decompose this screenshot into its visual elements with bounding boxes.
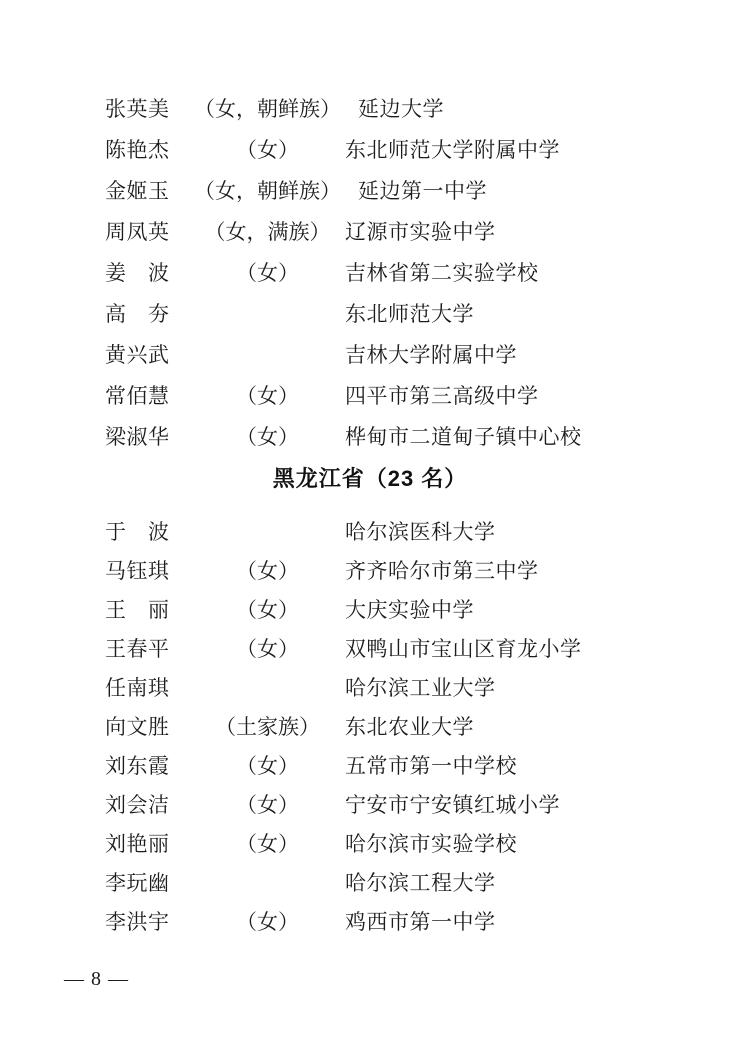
name-list: 张英美 （女，朝鲜族） 延边大学 陈艳杰 （女） 东北师范大学附属中学 金姬玉 … — [0, 89, 750, 942]
list-row: 刘艳丽 （女） 哈尔滨市实验学校 — [0, 825, 750, 864]
institution-name: 宁安市宁安镇红城小学 — [345, 786, 560, 825]
person-name: 马钰琪 — [105, 552, 173, 591]
person-name: 刘艳丽 — [105, 825, 173, 864]
institution-name: 五常市第一中学校 — [345, 747, 517, 786]
person-name: 高 夯 — [105, 294, 173, 335]
list-row: 王春平 （女） 双鸭山市宝山区育龙小学 — [0, 630, 750, 669]
institution-name: 桦甸市二道甸子镇中心校 — [345, 417, 582, 458]
institution-name: 鸡西市第一中学 — [345, 903, 496, 942]
person-name: 刘东霞 — [105, 747, 173, 786]
gender-ethnicity-note: （女，朝鲜族） — [175, 171, 360, 212]
section-heading: 黑龙江省（23 名） — [0, 458, 740, 499]
gender-ethnicity-note: （女） — [175, 786, 360, 825]
person-name: 王春平 — [105, 630, 173, 669]
list-row: 陈艳杰 （女） 东北师范大学附属中学 — [0, 130, 750, 171]
gender-ethnicity-note: （土家族） — [175, 708, 360, 747]
institution-name: 齐齐哈尔市第三中学 — [345, 552, 539, 591]
gender-ethnicity-note: （女） — [175, 591, 360, 630]
list-row: 黄兴武 吉林大学附属中学 — [0, 335, 750, 376]
person-name: 周凤英 — [105, 212, 173, 253]
person-name: 刘会洁 — [105, 786, 173, 825]
person-name: 黄兴武 — [105, 335, 173, 376]
list-row: 向文胜 （土家族） 东北农业大学 — [0, 708, 750, 747]
list-row: 李洪宇 （女） 鸡西市第一中学 — [0, 903, 750, 942]
list-row: 马钰琪 （女） 齐齐哈尔市第三中学 — [0, 552, 750, 591]
gender-ethnicity-note: （女） — [175, 253, 360, 294]
gender-ethnicity-note: （女） — [175, 825, 360, 864]
institution-name: 东北农业大学 — [345, 708, 474, 747]
institution-name: 延边第一中学 — [358, 171, 487, 212]
list-row: 高 夯 东北师范大学 — [0, 294, 750, 335]
list-row: 周凤英 （女，满族） 辽源市实验中学 — [0, 212, 750, 253]
institution-name: 哈尔滨市实验学校 — [345, 825, 517, 864]
institution-name: 辽源市实验中学 — [345, 212, 496, 253]
institution-name: 四平市第三高级中学 — [345, 376, 539, 417]
gender-ethnicity-note: （女） — [175, 552, 360, 591]
institution-name: 双鸭山市宝山区育龙小学 — [345, 630, 582, 669]
institution-name: 东北师范大学附属中学 — [345, 130, 560, 171]
institution-name: 吉林省第二实验学校 — [345, 253, 539, 294]
list-row: 王 丽 （女） 大庆实验中学 — [0, 591, 750, 630]
list-row: 梁淑华 （女） 桦甸市二道甸子镇中心校 — [0, 417, 750, 458]
gender-ethnicity-note: （女） — [175, 903, 360, 942]
gender-ethnicity-note: （女，满族） — [175, 212, 360, 253]
institution-name: 哈尔滨工业大学 — [345, 669, 496, 708]
document-page: 张英美 （女，朝鲜族） 延边大学 陈艳杰 （女） 东北师范大学附属中学 金姬玉 … — [0, 0, 750, 1060]
person-name: 李洪宇 — [105, 903, 173, 942]
person-name: 王 丽 — [105, 591, 173, 630]
gender-ethnicity-note: （女） — [175, 130, 360, 171]
gender-ethnicity-note: （女） — [175, 417, 360, 458]
person-name: 陈艳杰 — [105, 130, 173, 171]
person-name: 任南琪 — [105, 669, 173, 708]
person-name: 张英美 — [105, 89, 173, 130]
list-row: 张英美 （女，朝鲜族） 延边大学 — [0, 89, 750, 130]
gender-ethnicity-note: （女，朝鲜族） — [175, 89, 360, 130]
institution-name: 大庆实验中学 — [345, 591, 474, 630]
gender-ethnicity-note: （女） — [175, 376, 360, 417]
page-number: — 8 — — [64, 966, 129, 992]
person-name: 李玩幽 — [105, 864, 173, 903]
list-row: 金姬玉 （女，朝鲜族） 延边第一中学 — [0, 171, 750, 212]
person-name: 姜 波 — [105, 253, 173, 294]
person-name: 梁淑华 — [105, 417, 173, 458]
person-name: 常佰慧 — [105, 376, 173, 417]
list-row: 姜 波 （女） 吉林省第二实验学校 — [0, 253, 750, 294]
list-row: 李玩幽 哈尔滨工程大学 — [0, 864, 750, 903]
list-row: 任南琪 哈尔滨工业大学 — [0, 669, 750, 708]
institution-name: 延边大学 — [358, 89, 444, 130]
person-name: 金姬玉 — [105, 171, 173, 212]
person-name: 于 波 — [105, 513, 173, 552]
gender-ethnicity-note: （女） — [175, 630, 360, 669]
institution-name: 哈尔滨工程大学 — [345, 864, 496, 903]
list-row: 常佰慧 （女） 四平市第三高级中学 — [0, 376, 750, 417]
list-row: 刘会洁 （女） 宁安市宁安镇红城小学 — [0, 786, 750, 825]
institution-name: 东北师范大学 — [345, 294, 474, 335]
gender-ethnicity-note: （女） — [175, 747, 360, 786]
institution-name: 哈尔滨医科大学 — [345, 513, 496, 552]
institution-name: 吉林大学附属中学 — [345, 335, 517, 376]
list-row: 刘东霞 （女） 五常市第一中学校 — [0, 747, 750, 786]
person-name: 向文胜 — [105, 708, 173, 747]
list-row: 于 波 哈尔滨医科大学 — [0, 513, 750, 552]
